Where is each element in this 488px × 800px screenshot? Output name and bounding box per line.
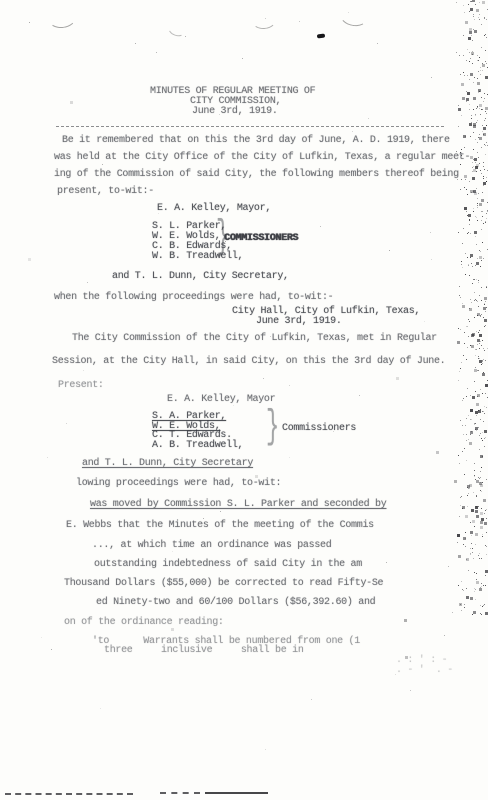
doc-line: was moved by Commission S. L. Parker and… bbox=[90, 499, 386, 510]
doc-line: Commissioners bbox=[282, 423, 356, 434]
doc-line: COMMISSIONERS bbox=[224, 233, 298, 244]
doc-line: Session, at the City Hall, in said City,… bbox=[52, 356, 445, 367]
doc-line: on of the ordinance reading: bbox=[64, 617, 224, 628]
doc-line: three inclusive shall be in bbox=[104, 645, 304, 656]
doc-line: lowing proceedings were had, to-wit: bbox=[76, 478, 281, 489]
doc-line: and T. L. Dunn, City Secretary bbox=[82, 458, 253, 469]
doc-line: Thousand Dollars ($55,000) be corrected … bbox=[64, 578, 383, 589]
doc-line: The City Commission of the City of Lufki… bbox=[72, 333, 437, 344]
scan-speckle-scatter bbox=[0, 0, 1, 1]
doc-line: outstanding indebtedness of said City in… bbox=[94, 559, 362, 570]
document-page: MINUTES OF REGULAR MEETING OFCITY COMMIS… bbox=[0, 0, 488, 800]
doc-line: E. Webbs that the Minutes of the meeting… bbox=[66, 520, 374, 531]
doc-line: was held at the City Office of the City … bbox=[54, 152, 470, 163]
doc-line: Present: bbox=[58, 380, 104, 391]
doc-line: E. A. Kelley, Mayor bbox=[167, 394, 275, 405]
doc-line: ..., at which time an ordinance was pass… bbox=[92, 540, 331, 551]
doc-line: W. B. Treadwell, bbox=[152, 251, 243, 262]
doc-line: ed Ninety-two and 60/100 Dollars ($56,39… bbox=[96, 597, 375, 608]
doc-line: when the following proceedings were had,… bbox=[54, 292, 333, 303]
doc-line: E. A. Kelley, Mayor, bbox=[157, 203, 271, 214]
doc-line: June 3rd, 1919. bbox=[256, 316, 342, 327]
doc-line: ing of the Commission of said City, the … bbox=[54, 169, 459, 180]
document-text: MINUTES OF REGULAR MEETING OFCITY COMMIS… bbox=[0, 0, 488, 800]
doc-line: A. B. Treadwell, bbox=[152, 440, 243, 451]
doc-line: June 3rd, 1919. bbox=[192, 106, 278, 117]
typed-divider bbox=[56, 126, 444, 127]
doc-line: Be it remembered that on this the 3rd da… bbox=[62, 135, 450, 146]
doc-line: and T. L. Dunn, City Secretary, bbox=[112, 271, 289, 282]
doc-line: present, to-wit:- bbox=[57, 186, 154, 197]
typed-brace: } bbox=[266, 408, 279, 448]
illegible-stamp: . - ' . - bbox=[396, 665, 453, 676]
